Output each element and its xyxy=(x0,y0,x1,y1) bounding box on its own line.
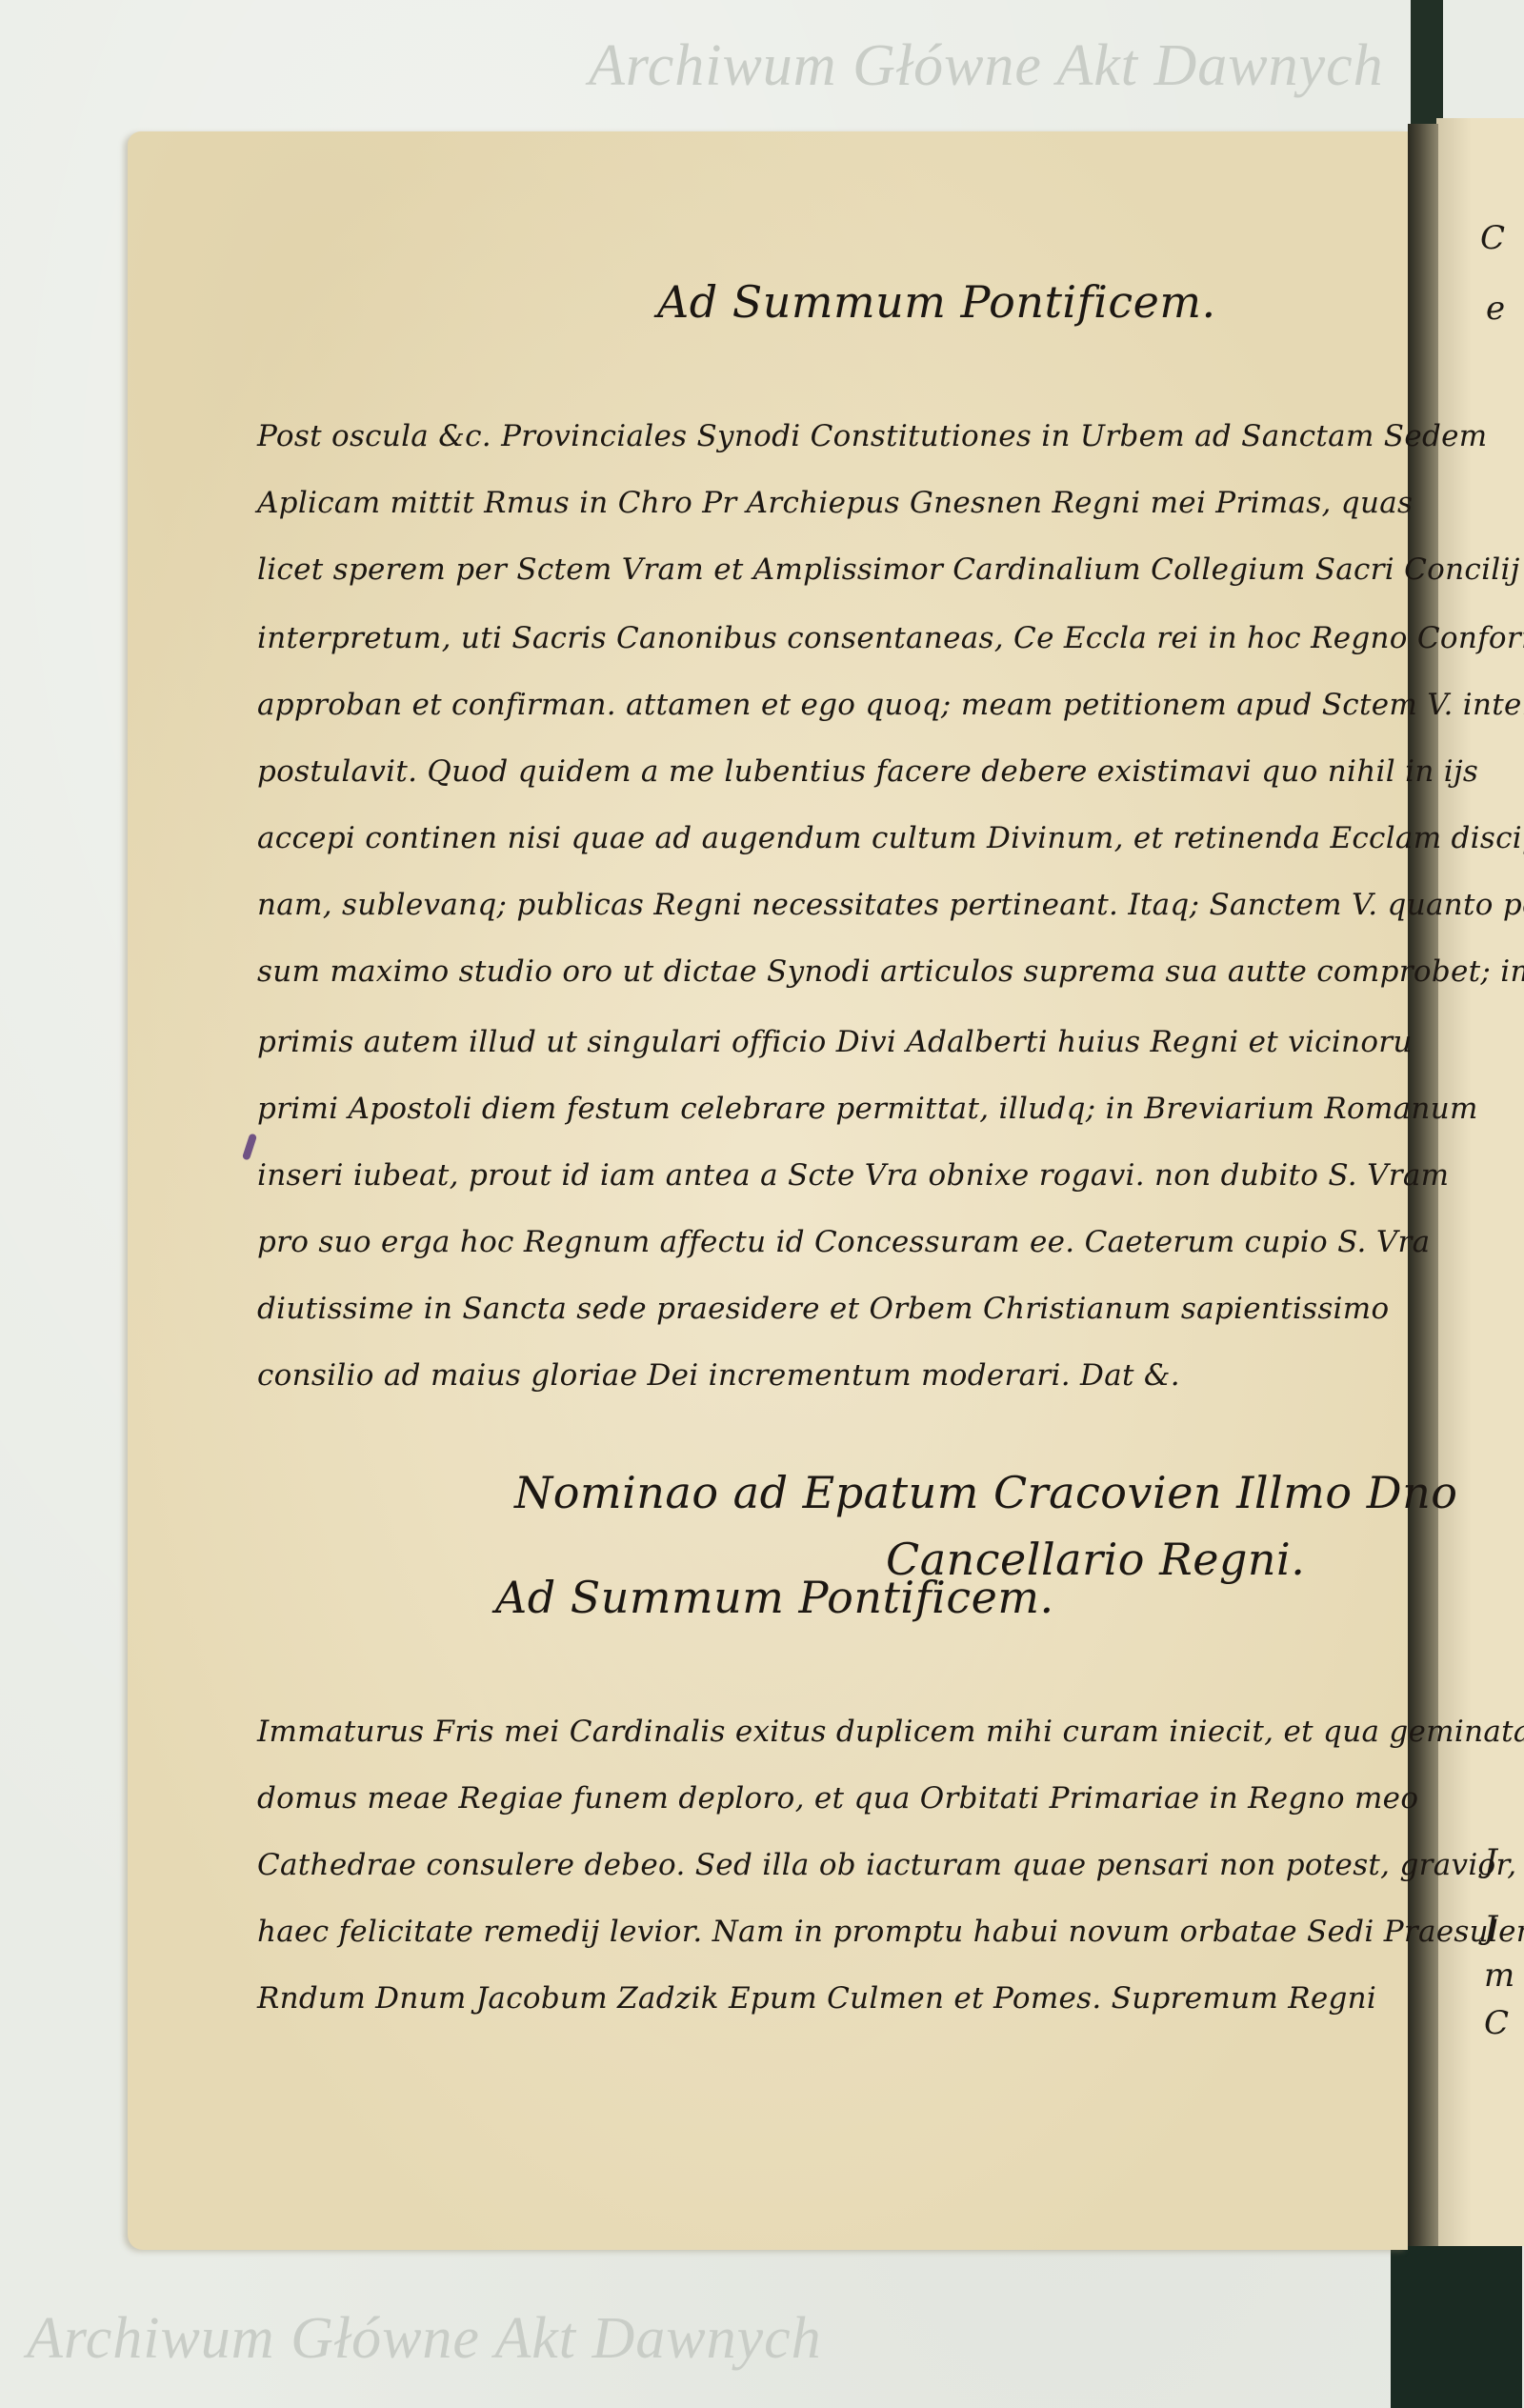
letter1-line: Post oscula &c. Provinciales Synodi Cons… xyxy=(257,419,1487,453)
facing-page-glyph: m xyxy=(1484,1956,1514,1995)
letter2-line: Rndum Dnum Jacobum Zadzik Epum Culmen et… xyxy=(257,1981,1376,2016)
letter1-line: licet sperem per Sctem Vram et Amplissim… xyxy=(257,552,1524,587)
letter1-line: pro suo erga hoc Regnum affectu id Conce… xyxy=(257,1225,1430,1259)
facing-page-glyph: C xyxy=(1484,2004,1509,2042)
facing-page-glyph: C xyxy=(1480,219,1505,257)
letter1-line: diutissime in Sancta sede praesidere et … xyxy=(257,1292,1389,1326)
letter2-nomination-heading: Nominao ad Epatum Cracovien Illmo Dno xyxy=(514,1467,1457,1518)
letter1-line: consilio ad maius gloriae Dei incrementu… xyxy=(257,1358,1180,1393)
letter1-line: interpretum, uti Sacris Canonibus consen… xyxy=(257,621,1524,655)
bookmark-ribbon-top xyxy=(1411,0,1443,131)
letter2-line: Immaturus Fris mei Cardinalis exitus dup… xyxy=(257,1715,1524,1749)
letter1-line: primi Apostoli diem festum celebrare per… xyxy=(257,1092,1478,1126)
letter2-line: haec felicitate remedij levior. Nam in p… xyxy=(257,1915,1524,1949)
letter1-line: accepi continen nisi quae ad augendum cu… xyxy=(257,821,1524,855)
letter2-line: domus meae Regiae funem deploro, et qua … xyxy=(257,1781,1418,1816)
letter2-line: Cathedrae consulere debeo. Sed illa ob i… xyxy=(257,1848,1516,1882)
letter1-line: sum maximo studio oro ut dictae Synodi a… xyxy=(257,954,1524,989)
bookmark-ribbon-bottom xyxy=(1391,2246,1522,2408)
letter1-line: nam, sublevanq; publicas Regni necessita… xyxy=(257,888,1524,922)
letter2-heading: Ad Summum Pontificem. xyxy=(495,1572,1054,1623)
letter1-line: postulavit. Quod quidem a me lubentius f… xyxy=(257,754,1478,789)
archive-watermark-bottom: Archiwum Główne Akt Dawnych xyxy=(27,2305,822,2373)
letter1-line: primis autem illud ut singulari officio … xyxy=(257,1025,1413,1059)
archive-watermark-top: Archiwum Główne Akt Dawnych xyxy=(589,32,1384,100)
letter1-line: approban et confirman. attamen et ego qu… xyxy=(257,688,1524,722)
letter1-line: inseri iubeat, prout id iam antea a Scte… xyxy=(257,1158,1449,1193)
facing-page-glyph: e xyxy=(1486,290,1505,328)
letter1-line: Aplicam mittit Rmus in Chro Pr Archiepus… xyxy=(257,486,1413,520)
letter1-heading: Ad Summum Pontificem. xyxy=(657,276,1216,328)
